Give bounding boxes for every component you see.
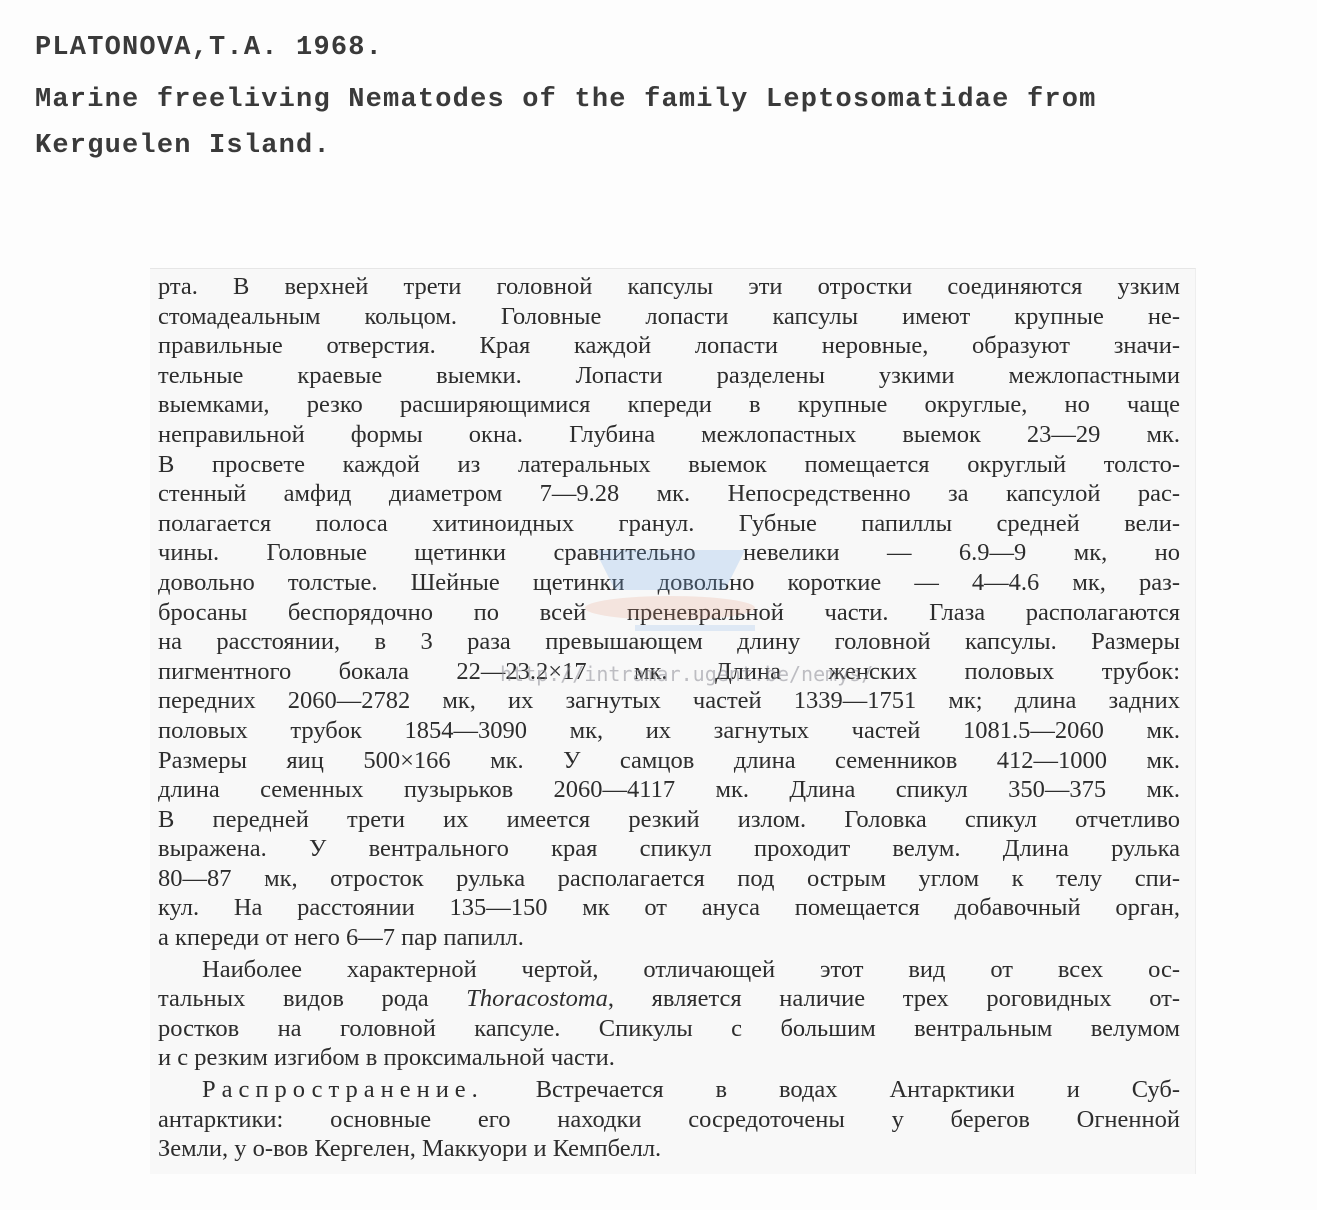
text-line: стенный амфид диаметром 7—9.28 мк. Непос… [158,479,1180,509]
citation-title-line-1: Marine freeliving Nematodes of the famil… [35,85,1097,115]
text-line: передних 2060—2782 мк, их загнутых часте… [158,686,1180,716]
text-line: В просвете каждой из латеральных выемок … [158,450,1180,480]
text-line: рта. В верхней трети головной капсулы эт… [158,272,1180,302]
text-line: ростков на головной капсуле. Спикулы с б… [158,1014,1180,1044]
text-line: стомадеальным кольцом. Головные лопасти … [158,302,1180,332]
text-line: и с резким изгибом в проксимальной части… [158,1043,1180,1073]
printed-text-block: рта. В верхней трети головной капсулы эт… [158,272,1180,1164]
text-line: чины. Головные щетинки сравнительно неве… [158,538,1180,568]
citation-title-line-2: Kerguelen Island. [35,131,331,161]
text-line: бросаны беспорядочно по всей преневральн… [158,598,1180,628]
text-line: длина семенных пузырьков 2060—4117 мк. Д… [158,775,1180,805]
text-line: В передней трети их имеется резкий излом… [158,805,1180,835]
text-line: тельные краевые выемки. Лопасти разделен… [158,361,1180,391]
text-line: Наиболее характерной чертой, отличающей … [158,955,1180,985]
text-line: Распространение. Встречается в водах Ант… [158,1075,1180,1105]
text-line: на расстоянии, в 3 раза превышающем длин… [158,627,1180,657]
text-line: антарктики: основные его находки сосредо… [158,1105,1180,1135]
text-line: полагается полоса хитиноидных гранул. Гу… [158,509,1180,539]
paragraph-description: рта. В верхней трети головной капсулы эт… [158,272,1180,953]
text-line: довольно толстые. Шейные щетинки довольн… [158,568,1180,598]
citation-author-year: PLATONOVA,T.A. 1968. [35,33,383,63]
text-line: выемками, резко расширяющимися кпереди в… [158,390,1180,420]
genus-name: Thoracostoma [466,985,608,1012]
text-line: 80—87 мк, отросток рулька располагается … [158,864,1180,894]
text-line: а кпереди от него 6—7 пар папилл. [158,923,1180,953]
text-line: кул. На расстоянии 135—150 мк от ануса п… [158,893,1180,923]
text-line: пигментного бокала 22—23.2×17 мк. Длина … [158,657,1180,687]
text-line: неправильной формы окна. Глубина межлопа… [158,420,1180,450]
text-line: Размеры яиц 500×166 мк. У самцов длина с… [158,746,1180,776]
text-line: правильные отверстия. Края каждой лопаст… [158,331,1180,361]
text-line: Земли, у о-вов Кергелен, Маккуори и Кемп… [158,1134,1180,1164]
paragraph-distribution: Распространение. Встречается в водах Ант… [158,1075,1180,1164]
text-line: выражена. У вентрального края спикул про… [158,834,1180,864]
text-line: тальных видов рода Thoracostoma, являетс… [158,984,1180,1014]
text-line: половых трубок 1854—3090 мк, их загнутых… [158,716,1180,746]
paragraph-diagnosis: Наиболее характерной чертой, отличающей … [158,955,1180,1073]
section-heading-distribution: Распространение. [202,1076,484,1103]
